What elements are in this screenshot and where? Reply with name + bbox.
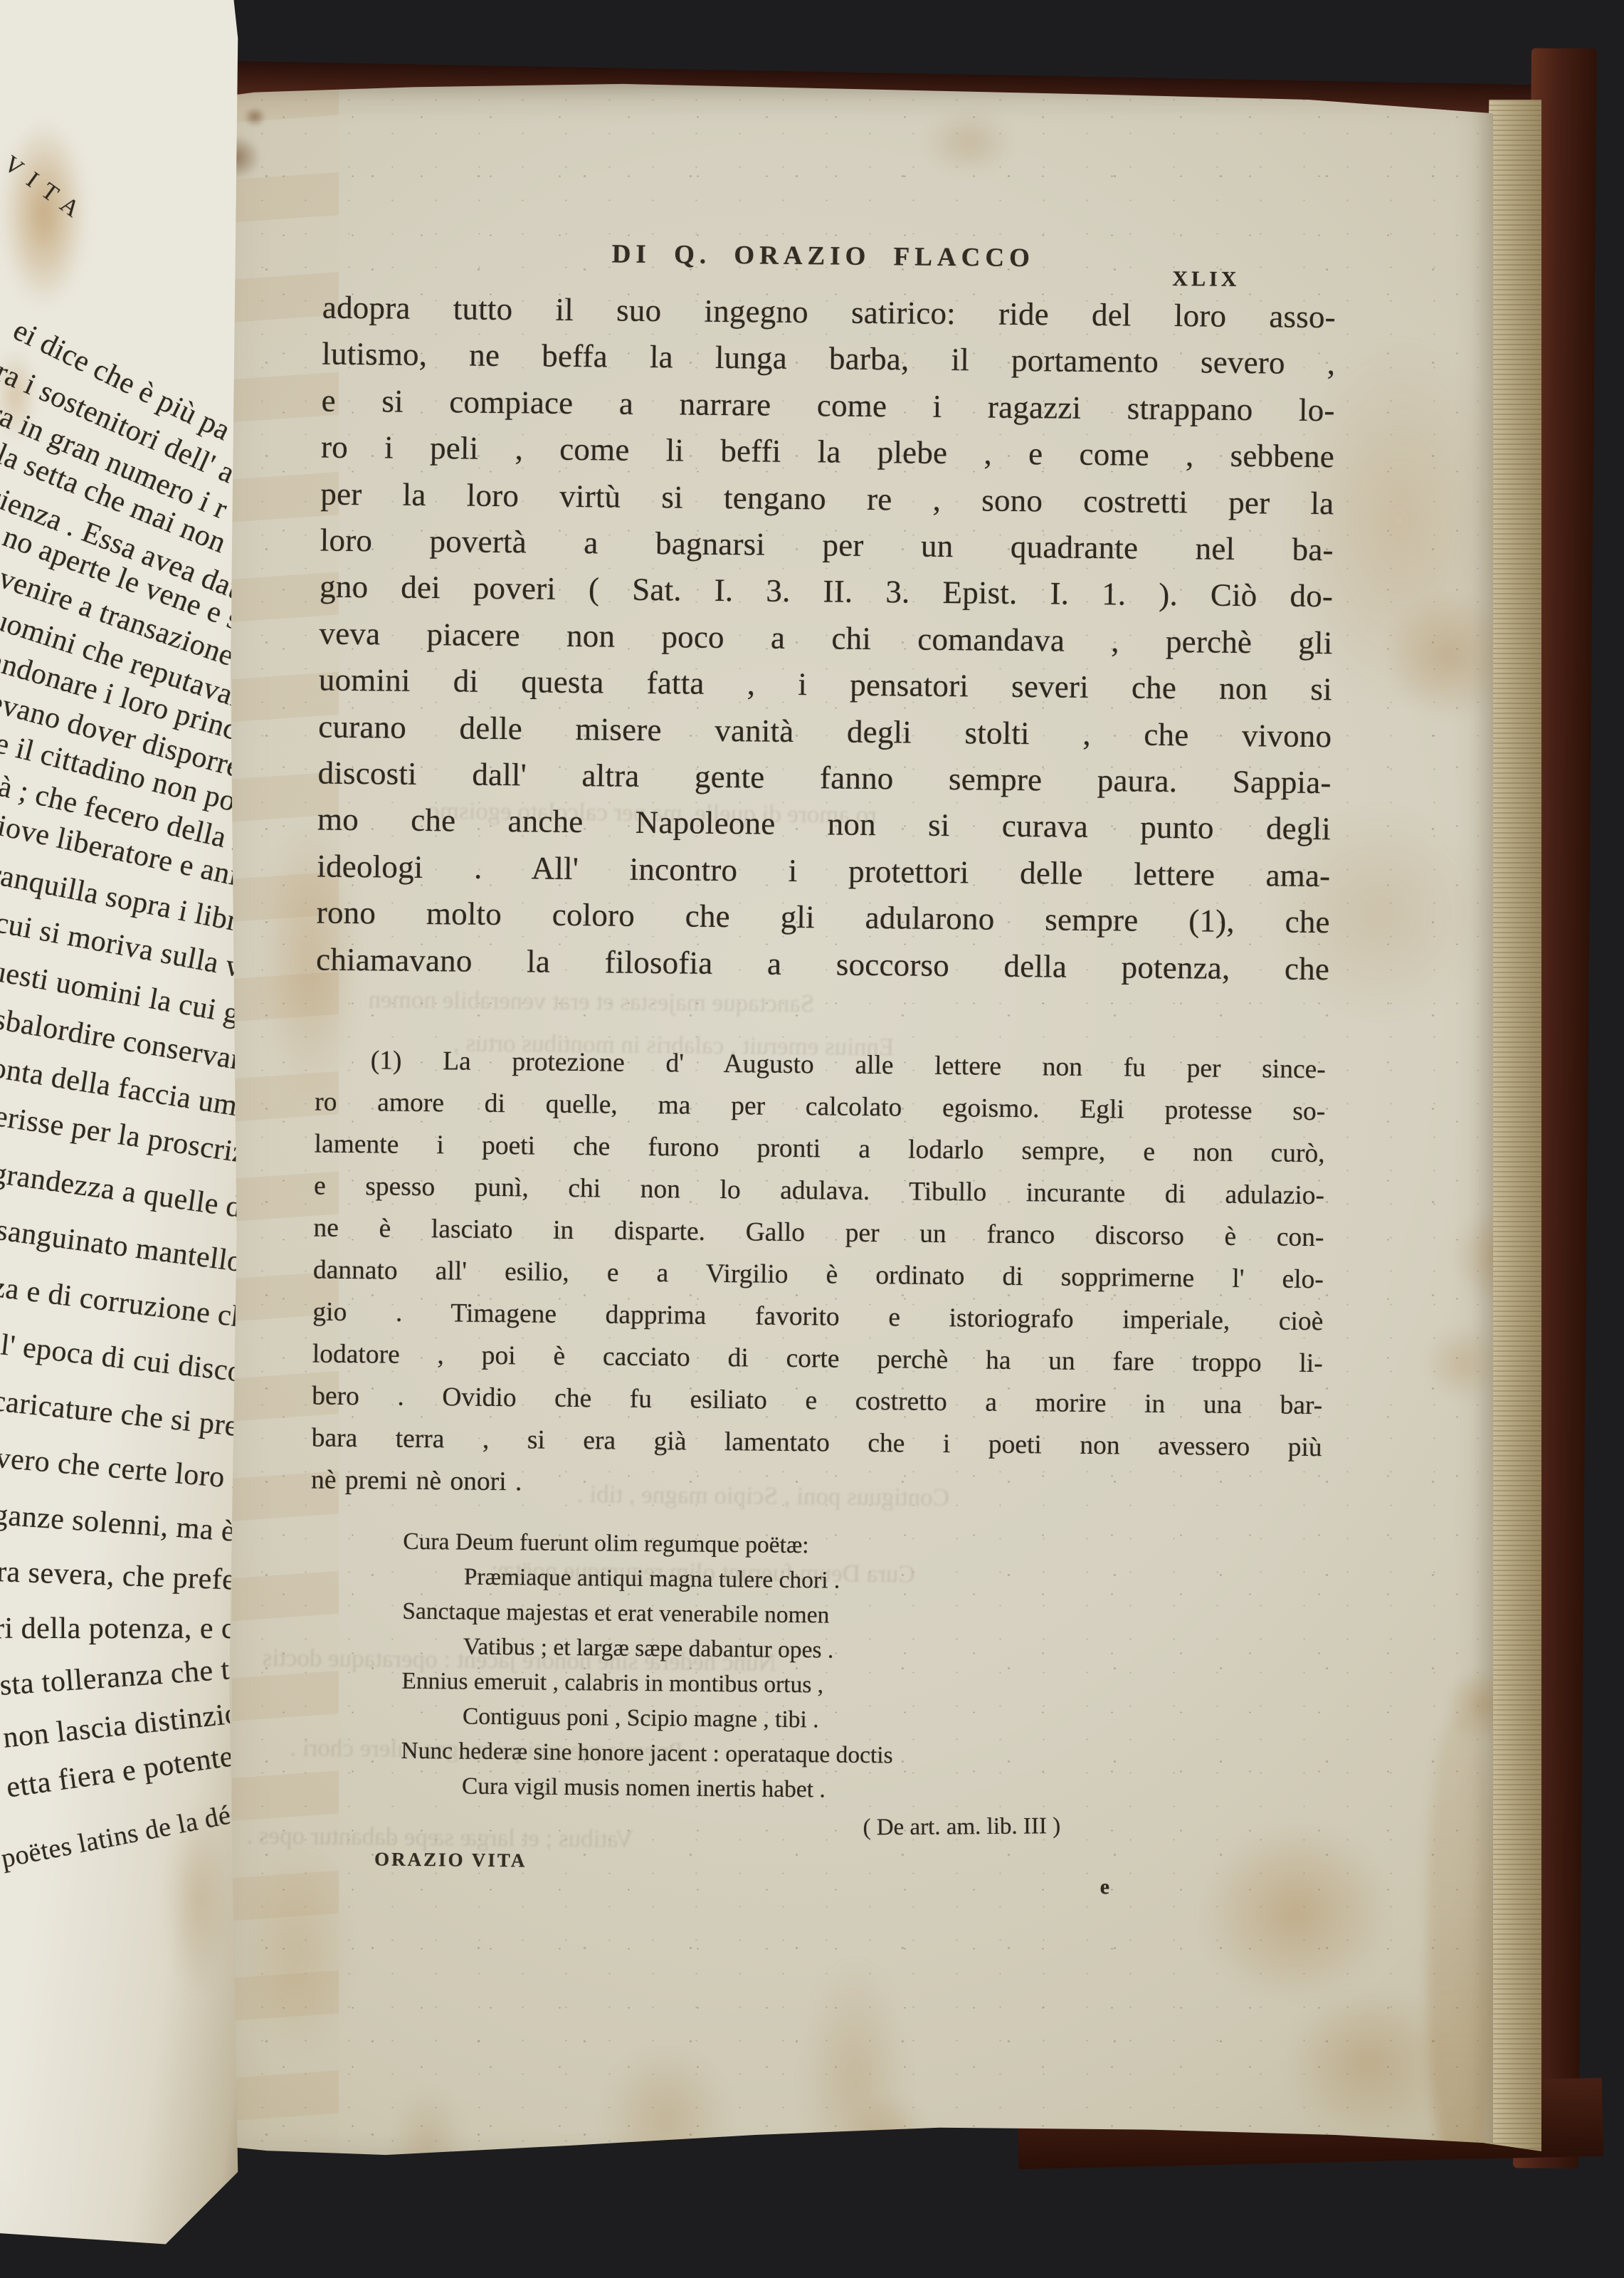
left-page-fragment: sta tolleranza che tutto (0, 1649, 239, 1703)
body-text: adopra tutto il suo ingegno satirico: ri… (316, 285, 1336, 993)
book-photo: ro amore di quelle, ma per calcolato ego… (0, 0, 1624, 2278)
ghost-line: Sanctaque majestas et erat venerabile no… (368, 985, 814, 1018)
previous-page-text: VITAei dice che è più para i sostenitori… (0, 0, 239, 2251)
body-line: chiamavano la filosofia a soccorso della… (316, 936, 1330, 992)
left-page-fragment: VITA (0, 151, 93, 229)
left-page-fragment: poëtes latins de la décade (0, 1790, 239, 1874)
left-page-fragment: vero che certe loro ma (0, 1441, 239, 1499)
footnote-text: (1) La protezione d' Augusto alle letter… (311, 1039, 1326, 1511)
signature-mark: ORAZIO VITA (374, 1848, 527, 1872)
running-header: DI Q. ORAZIO FLACCO (611, 238, 1035, 273)
catchword: e (1100, 1875, 1110, 1899)
left-page-fragment: ll' epoca di cui discorria (0, 1327, 239, 1395)
verse-attribution: ( De art. am. lib. III ) (863, 1813, 1060, 1841)
printed-text-layer: ro amore di quelle, ma per calcolato ego… (158, 77, 1496, 2191)
left-page-fragment: ra severa, che preferiva (0, 1555, 239, 1599)
page-fore-edge (1485, 100, 1541, 2151)
book-page: ro amore di quelle, ma per calcolato ego… (175, 80, 1493, 2181)
left-page-fragment: sanguinato mantello c (0, 1213, 239, 1282)
left-page-fragment: za e di corruzione che (0, 1270, 239, 1337)
left-page-fragment: ri della potenza, e che (0, 1612, 239, 1646)
latin-verse: Cura Deum fuerunt olim regumque poëtæ:Pr… (401, 1524, 1329, 1812)
curled-previous-page: VITAei dice che è più para i sostenitori… (0, 0, 239, 2251)
page-number: XLIX (1172, 267, 1240, 292)
left-page-fragment: caricature che si presta (0, 1384, 239, 1447)
left-page-fragment: ganze solenni, ma è v (0, 1498, 239, 1550)
